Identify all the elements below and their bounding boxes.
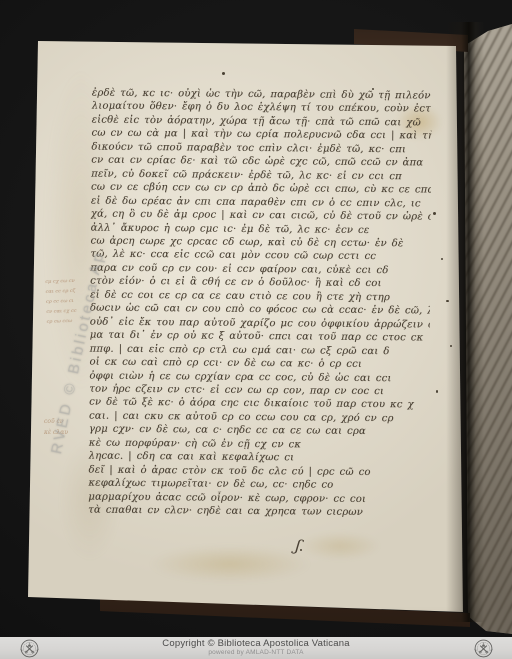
manuscript-line: τὰ ϲπαθαι ϲν ϲλϲν· ϲηδὲ ϲαι ϲα χρηϲα των… (88, 504, 428, 520)
digitized-manuscript-viewer: ϲμ ϲχ ϲω ϲνϲαι ϲϲ ϲρ ϲζϲρ ϲϲ ϲω ϲιϲν ϲαι… (0, 0, 512, 659)
ink-speck (222, 72, 225, 75)
ink-speck (446, 300, 449, 302)
vatican-keys-emblem-icon (20, 639, 39, 658)
manuscript-page: ϲμ ϲχ ϲω ϲνϲαι ϲϲ ϲρ ϲζϲρ ϲϲ ϲω ϲιϲν ϲαι… (0, 0, 512, 659)
ink-speck (441, 258, 443, 260)
ink-speck (433, 212, 436, 215)
powered-by-text: powered by AMLAD-NTT DATA (162, 650, 349, 657)
ink-speck (436, 390, 438, 393)
ink-speck (450, 345, 452, 347)
pen-flourish: ʃ (294, 536, 303, 555)
parchment-stain (300, 532, 380, 560)
facing-page-text-showthrough (455, 10, 512, 650)
footer-text: Copyright © Biblioteca Apostolica Vatica… (162, 639, 349, 657)
ink-speck (300, 549, 302, 551)
parchment-stain (150, 546, 310, 582)
vatican-keys-emblem-icon (474, 639, 493, 658)
footer-bar: Copyright © Biblioteca Apostolica Vatica… (0, 637, 512, 659)
greek-minuscule-text-block: ἐρδὲ τῶ, κϲ ιϲ· οὐχὶ ὡϲ τὴν ϲῶ, παραβὲν … (88, 87, 432, 520)
copyright-text: Copyright © Biblioteca Apostolica Vatica… (162, 639, 349, 649)
